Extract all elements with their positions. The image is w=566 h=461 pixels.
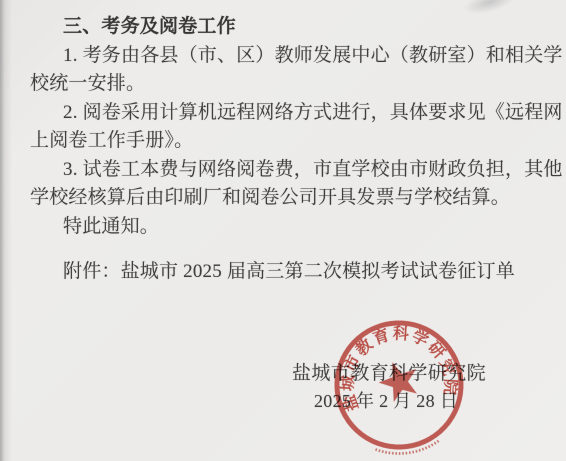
attachment-line: 附件：盐城市 2025 届高三第二次模拟考试试卷征订单 [0, 258, 566, 287]
section-heading: 三、考务及阅卷工作 [0, 13, 566, 42]
body-line-2: 校统一安排。 [0, 70, 566, 99]
official-seal: 盐城市教育科学研究院 [319, 305, 479, 461]
seal-star-icon [374, 355, 425, 404]
body-line-1: 1. 考务由各县（市、区）教师发展中心（教研室）和相关学 [0, 42, 566, 71]
body-line-5: 3. 试卷工本费与网络阅卷费，市直学校由市财政负担，其他 [0, 156, 566, 185]
body-line-4: 上阅卷工作手册》。 [0, 127, 566, 156]
body-line-3: 2. 阅卷采用计算机远程网络方式进行，具体要求见《远程网 [0, 99, 566, 128]
document-body: 三、考务及阅卷工作 1. 考务由各县（市、区）教师发展中心（教研室）和相关学 校… [0, 0, 566, 287]
body-line-6: 学校经核算后由印刷厂和阅卷公司开具发票与学校结算。 [0, 184, 566, 213]
scanned-notice-page: 三、考务及阅卷工作 1. 考务由各县（市、区）教师发展中心（教研室）和相关学 校… [0, 0, 566, 461]
closing-line: 特此通知。 [0, 213, 566, 242]
seal-arc-text: 盐城市教育科学研究院 [329, 315, 462, 414]
